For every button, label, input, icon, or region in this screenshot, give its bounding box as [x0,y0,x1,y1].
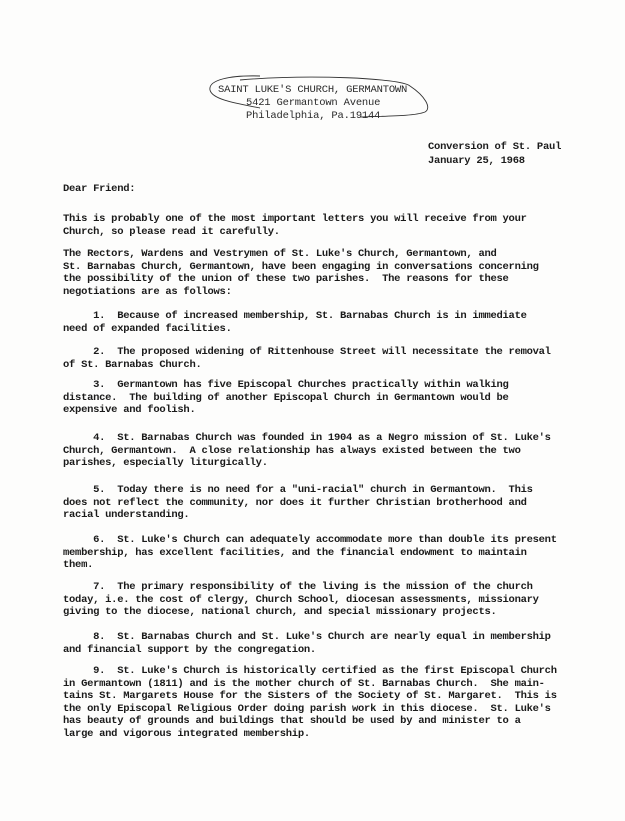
letterhead-church-name: SAINT LUKE'S CHURCH, GERMANTOWN [218,84,407,96]
letterhead-stamp: SAINT LUKE'S CHURCH, GERMANTOWN 5421 Ger… [200,72,450,132]
reason-item-5: 5. Today there is no need for a "uni-rac… [63,484,533,522]
intro-paragraph: This is probably one of the most importa… [63,213,527,238]
dateline-date: January 25, 1968 [428,154,561,168]
letterhead-city: Philadelphia, Pa.19144 [246,110,380,122]
letter-page: SAINT LUKE'S CHURCH, GERMANTOWN 5421 Ger… [0,0,625,821]
reason-item-2: 2. The proposed widening of Rittenhouse … [63,346,551,371]
reason-item-8: 8. St. Barnabas Church and St. Luke's Ch… [63,631,551,656]
reason-item-4: 4. St. Barnabas Church was founded in 19… [63,432,551,470]
rectors-paragraph: The Rectors, Wardens and Vestrymen of St… [63,248,539,298]
dateline: Conversion of St. Paul January 25, 1968 [428,140,561,168]
reason-item-3: 3. Germantown has five Episcopal Churche… [63,379,509,417]
reason-item-9: 9. St. Luke's Church is historically cer… [63,665,557,741]
salutation: Dear Friend: [63,183,135,196]
letterhead-street: 5421 Germantown Avenue [246,97,380,109]
dateline-occasion: Conversion of St. Paul [428,140,561,154]
reason-item-6: 6. St. Luke's Church can adequately acco… [63,534,557,572]
reason-item-1: 1. Because of increased membership, St. … [63,310,527,335]
reason-item-7: 7. The primary responsibility of the liv… [63,581,539,619]
